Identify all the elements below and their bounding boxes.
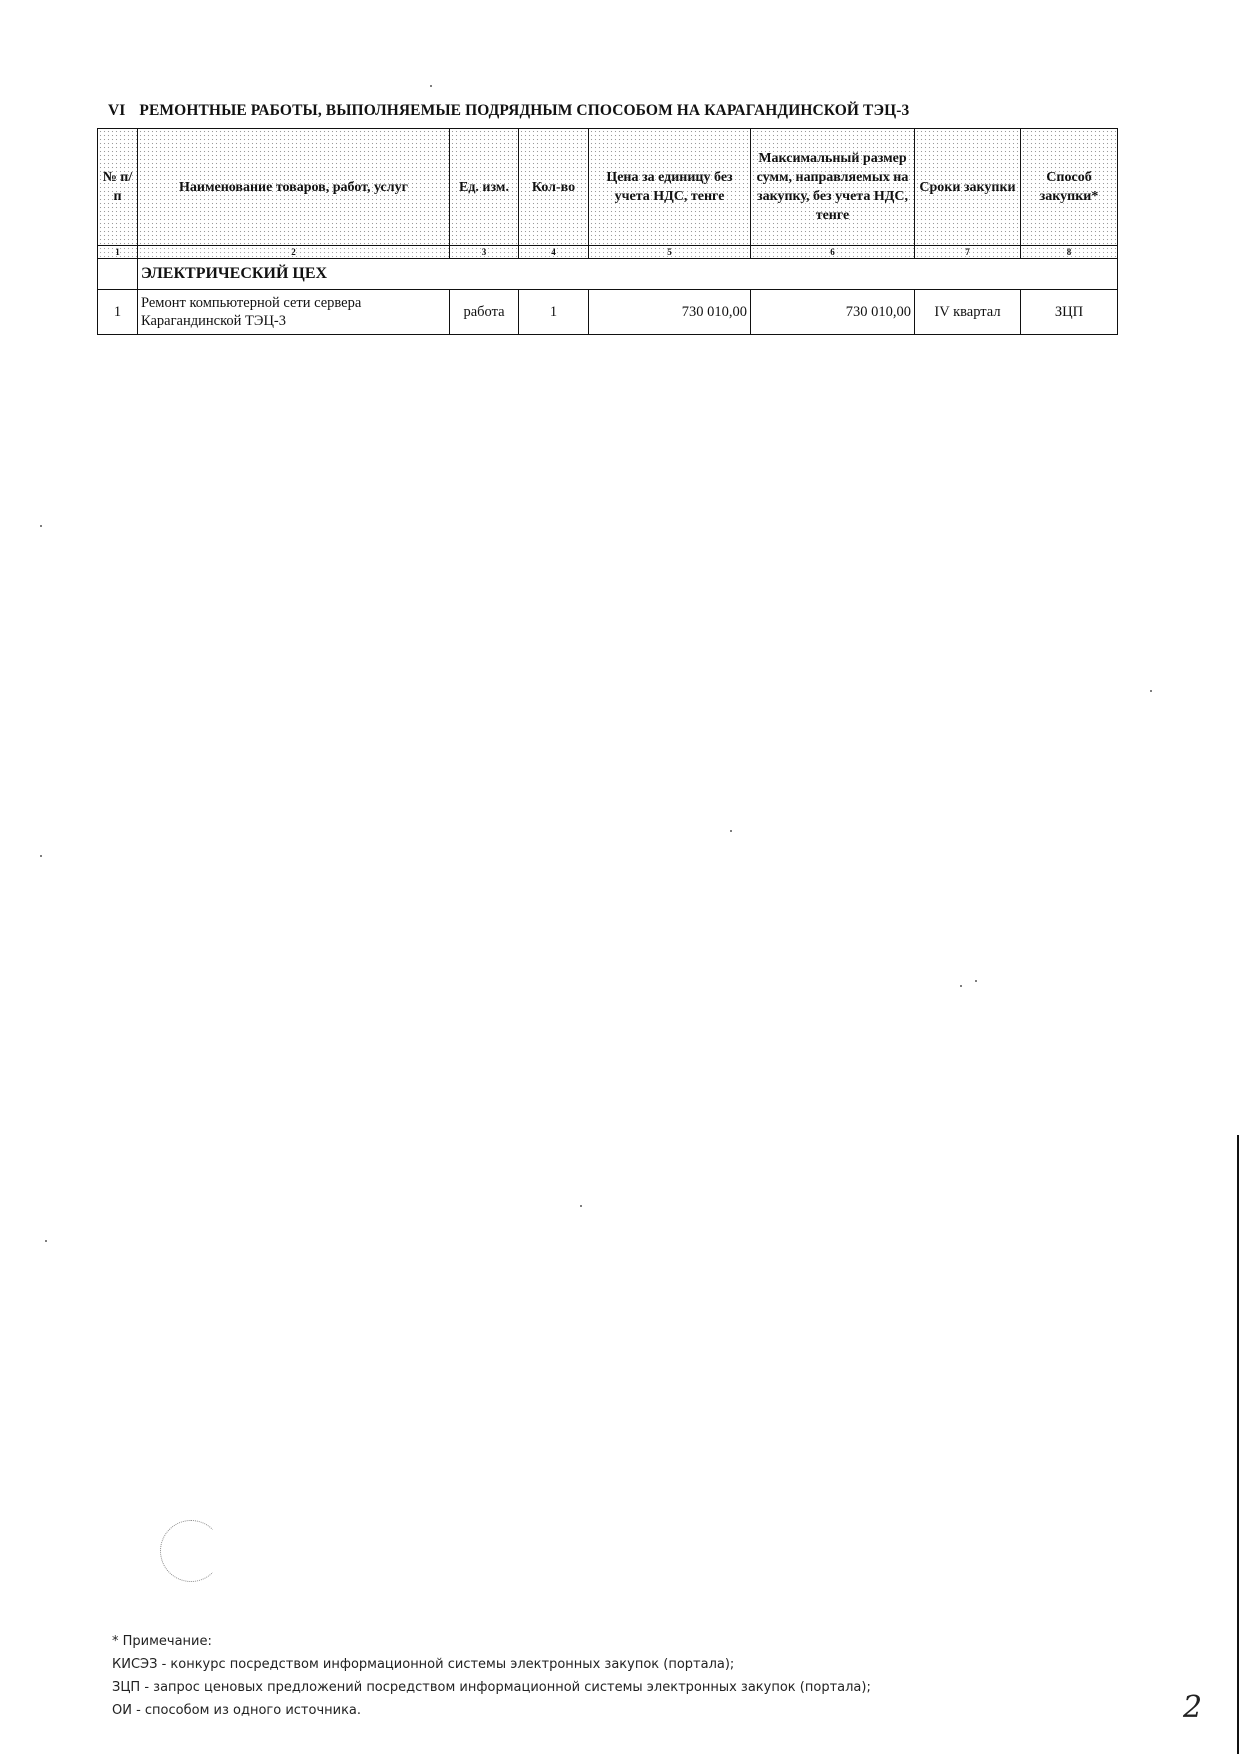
col-num-2: 2 <box>138 246 450 259</box>
header-period: Сроки закупки <box>915 129 1021 246</box>
header-unit-price: Цена за единицу без учета НДС, тенге <box>589 129 751 246</box>
footnote: * Примечание: КИСЭЗ - конкурс посредство… <box>112 1630 871 1722</box>
footnote-line-kisez: КИСЭЗ - конкурс посредством информационн… <box>112 1653 871 1676</box>
procurement-table: № п/п Наименование товаров, работ, услуг… <box>97 128 1118 335</box>
header-method: Способ закупки* <box>1021 129 1118 246</box>
section-row-label: ЭЛЕКТРИЧЕСКИЙ ЦЕХ <box>138 259 1118 290</box>
col-num-7: 7 <box>915 246 1021 259</box>
col-num-6: 6 <box>751 246 915 259</box>
col-num-4: 4 <box>519 246 589 259</box>
column-number-row: 1 2 3 4 5 6 7 8 <box>98 246 1118 259</box>
cell-method: ЗЦП <box>1021 290 1118 335</box>
header-qty: Кол-во <box>519 129 589 246</box>
footnote-line-zcp: ЗЦП - запрос ценовых предложений посредс… <box>112 1676 871 1699</box>
footnote-line-oi: ОИ - способом из одного источника. <box>112 1699 871 1722</box>
header-no: № п/п <box>98 129 138 246</box>
section-number: VI <box>108 102 125 119</box>
section-row: ЭЛЕКТРИЧЕСКИЙ ЦЕХ <box>98 259 1118 290</box>
cell-name: Ремонт компьютерной сети сервера Караган… <box>138 290 450 335</box>
scan-margin-line <box>1237 1135 1239 1754</box>
col-num-8: 8 <box>1021 246 1118 259</box>
col-num-5: 5 <box>589 246 751 259</box>
cell-qty: 1 <box>519 290 589 335</box>
cell-period: IV квартал <box>915 290 1021 335</box>
section-row-blank <box>98 259 138 290</box>
handwritten-page-number: 2 <box>1183 1690 1202 1725</box>
cell-no: 1 <box>98 290 138 335</box>
footnote-heading: * Примечание: <box>112 1630 871 1653</box>
table-row: 1 Ремонт компьютерной сети сервера Караг… <box>98 290 1118 335</box>
col-num-1: 1 <box>98 246 138 259</box>
header-unit: Ед. изм. <box>450 129 519 246</box>
header-max-amount: Максимальный размер сумм, направляемых н… <box>751 129 915 246</box>
col-num-3: 3 <box>450 246 519 259</box>
faint-stamp-mark <box>160 1520 222 1582</box>
cell-unit: работа <box>450 290 519 335</box>
header-name: Наименование товаров, работ, услуг <box>138 129 450 246</box>
section-title-text: РЕМОНТНЫЕ РАБОТЫ, ВЫПОЛНЯЕМЫЕ ПОДРЯДНЫМ … <box>139 102 909 119</box>
cell-max-amount: 730 010,00 <box>751 290 915 335</box>
section-title: VI РЕМОНТНЫЕ РАБОТЫ, ВЫПОЛНЯЕМЫЕ ПОДРЯДН… <box>108 102 909 120</box>
cell-unit-price: 730 010,00 <box>589 290 751 335</box>
header-row: № п/п Наименование товаров, работ, услуг… <box>98 129 1118 246</box>
